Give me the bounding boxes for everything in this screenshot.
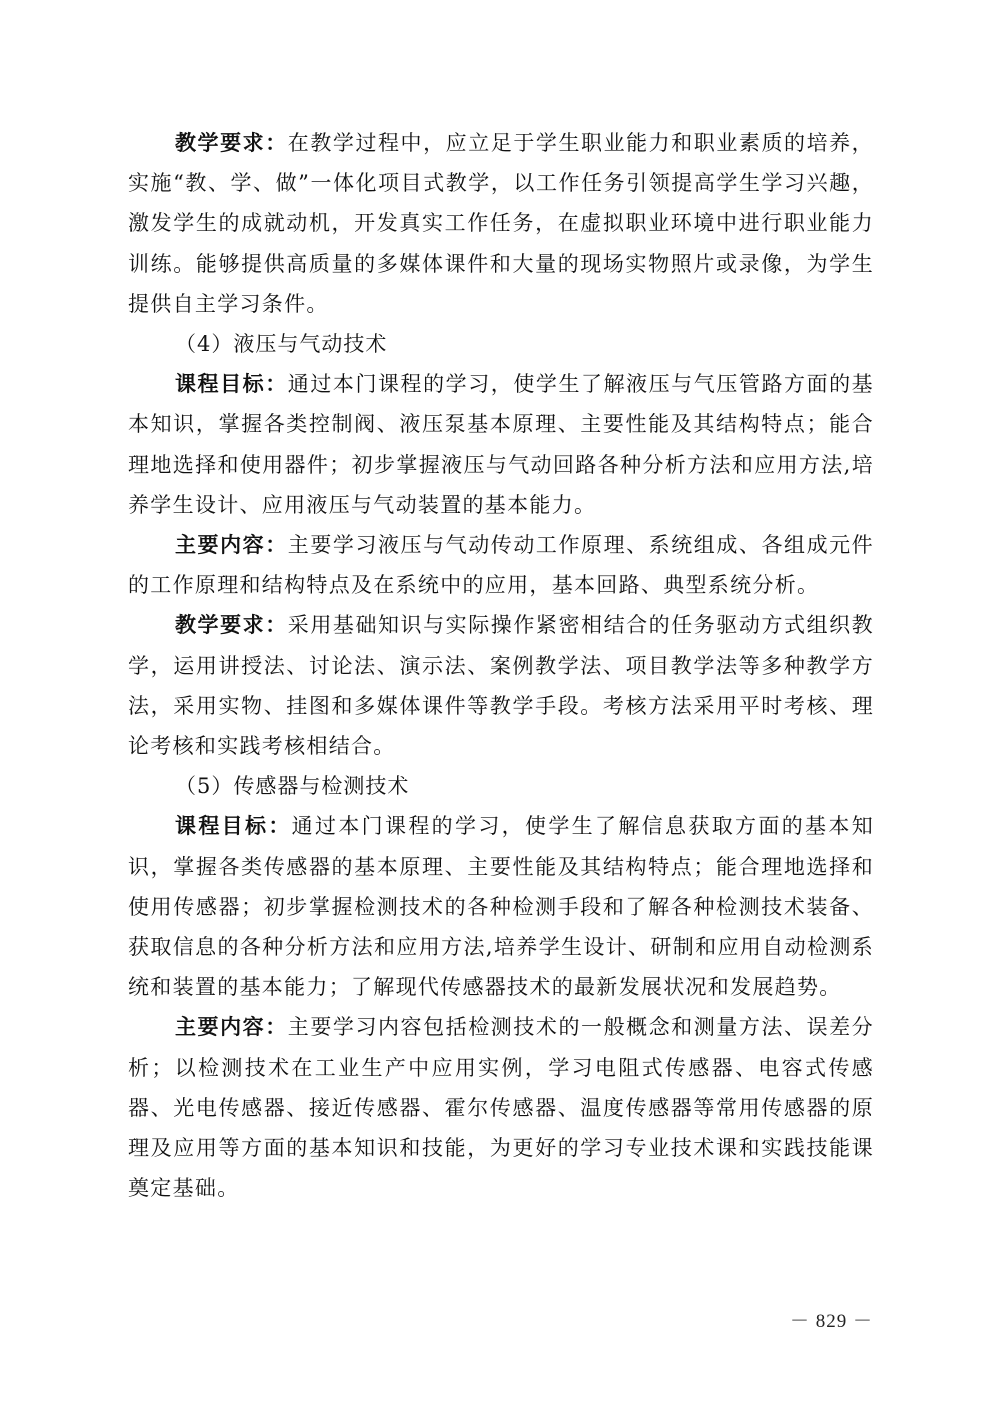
paragraph-label: 教学要求： [175, 613, 288, 637]
paragraph-label: 课程目标： [175, 814, 292, 838]
paragraph-text: 在教学过程中，应立足于学生职业能力和职业素质的培养，实施“教、学、做”一体化项目… [128, 131, 874, 316]
paragraph-course-objective-4: 课程目标：通过本门课程的学习，使学生了解液压与气压管路方面的基本知识，掌握各类控… [128, 364, 874, 525]
paragraph-label: 教学要求： [175, 131, 288, 155]
paragraph-course-objective-5: 课程目标：通过本门课程的学习，使学生了解信息获取方面的基本知识，掌握各类传感器的… [128, 806, 874, 1007]
paragraph-main-content-4: 主要内容：主要学习液压与气动传动工作原理、系统组成、各组成元件的工作原理和结构特… [128, 525, 874, 605]
paragraph-text: 通过本门课程的学习，使学生了解信息获取方面的基本知识，掌握各类传感器的基本原理、… [128, 814, 874, 999]
section-heading-hydraulics: （4）液压与气动技术 [128, 324, 874, 364]
paragraph-teaching-requirements-3: 教学要求：在教学过程中，应立足于学生职业能力和职业素质的培养，实施“教、学、做”… [128, 123, 874, 324]
paragraph-label: 主要内容： [175, 1015, 288, 1039]
paragraph-text: 主要学习内容包括检测技术的一般概念和测量方法、误差分析；以检测技术在工业生产中应… [128, 1015, 874, 1200]
paragraph-teaching-requirements-4: 教学要求：采用基础知识与实际操作紧密相结合的任务驱动方式组织教学，运用讲授法、讨… [128, 605, 874, 766]
paragraph-label: 课程目标： [175, 372, 288, 396]
document-body: 教学要求：在教学过程中，应立足于学生职业能力和职业素质的培养，实施“教、学、做”… [128, 123, 874, 1208]
page-number: － 829 － [790, 1306, 873, 1333]
paragraph-main-content-5: 主要内容：主要学习内容包括检测技术的一般概念和测量方法、误差分析；以检测技术在工… [128, 1007, 874, 1208]
section-heading-sensors: （5）传感器与检测技术 [128, 766, 874, 806]
paragraph-label: 主要内容： [175, 533, 288, 557]
